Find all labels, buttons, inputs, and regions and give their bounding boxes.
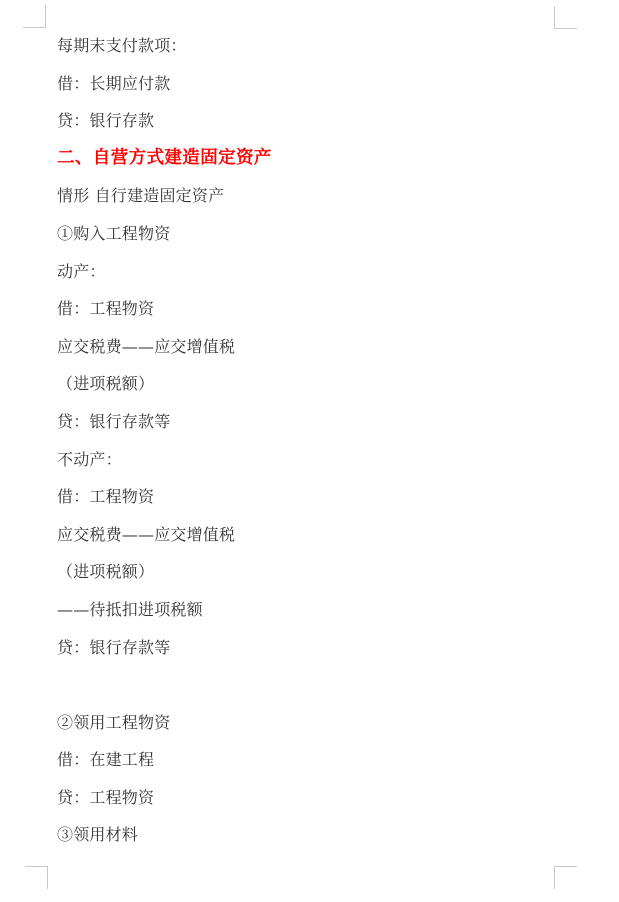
text-line: 应交税费——应交增值税 xyxy=(57,328,599,366)
text-line: ②领用工程物资 xyxy=(57,704,599,742)
text-line: （进项税额） xyxy=(57,365,599,403)
text-line: 借：工程物资 xyxy=(57,478,599,516)
text-line: ①购入工程物资 xyxy=(57,215,599,253)
text-line: 贷：银行存款 xyxy=(57,102,599,140)
text-line: 贷：银行存款等 xyxy=(57,403,599,441)
text-line: 情形 自行建造固定资产 xyxy=(57,177,599,215)
text-line: 动产： xyxy=(57,253,599,291)
document-text-area[interactable]: 每期末支付款项：借：长期应付款贷：银行存款二、自营方式建造固定资产情形 自行建造… xyxy=(57,27,599,854)
text-line: 贷：工程物资 xyxy=(57,779,599,817)
text-boundary-corner-bottom-right xyxy=(554,866,577,889)
text-line: 借：工程物资 xyxy=(57,290,599,328)
section-heading: 二、自营方式建造固定资产 xyxy=(57,140,599,178)
text-boundary-corner-top-right xyxy=(554,6,577,29)
text-line: ——待抵扣进项税额 xyxy=(57,591,599,629)
text-line: 不动产： xyxy=(57,441,599,479)
text-boundary-corner-bottom-left xyxy=(25,866,48,889)
text-line: 贷：银行存款等 xyxy=(57,629,599,667)
text-boundary-corner-top-left xyxy=(23,5,46,28)
text-line: 借：在建工程 xyxy=(57,741,599,779)
text-line: ③领用材料 xyxy=(57,816,599,854)
text-line: 借：长期应付款 xyxy=(57,65,599,103)
word-document-page: { "page": { "background_color": "#ffffff… xyxy=(0,0,619,902)
text-line xyxy=(57,666,599,704)
text-line: 每期末支付款项： xyxy=(57,27,599,65)
text-line: 应交税费——应交增值税 xyxy=(57,516,599,554)
text-line: （进项税额） xyxy=(57,553,599,591)
